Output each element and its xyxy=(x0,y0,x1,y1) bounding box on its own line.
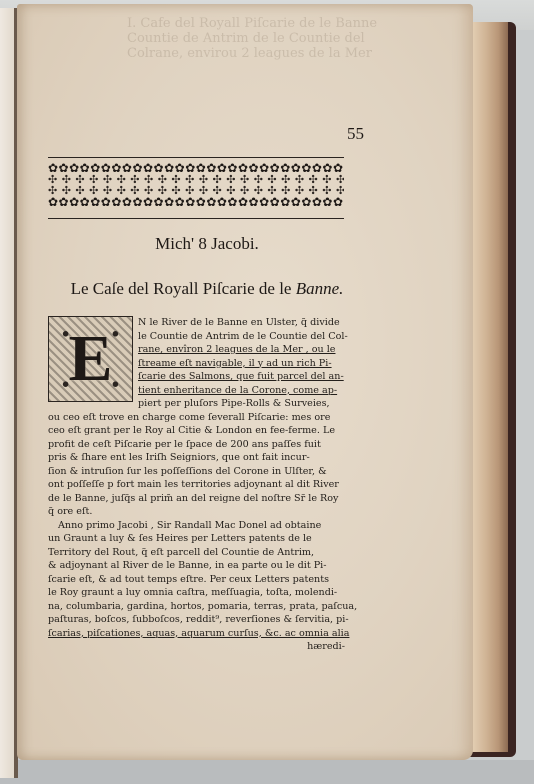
text-line: q̃ ore eſt. xyxy=(48,505,345,519)
show-through-line: Countie de Antrim de le Countie del xyxy=(127,31,377,46)
text-line: un Graunt a luy & ſes Heires per Letters… xyxy=(48,532,345,546)
book-page: I. Cafe del Royall Piſcarie de le Banne … xyxy=(17,4,473,760)
case-title-roman: Le Caſe del Royall Piſcarie de le xyxy=(71,279,296,298)
text-line: na, columbaria, gardina, hortos, pomaria… xyxy=(48,600,345,614)
show-through-line: I. Cafe del Royall Piſcarie de le Banne xyxy=(127,16,377,31)
text-line: ceo eſt grant per le Roy al Citie & Lond… xyxy=(48,424,345,438)
text-line: ſcarie eſt, & ad tout temps eſtre. Per c… xyxy=(48,573,345,587)
heading-date: Mich' 8 Jacobi. xyxy=(17,234,397,254)
ornament-row: ✿✿✿✿✿✿✿✿✿✿✿✿✿✿✿✿✿✿✿✿✿✿✿✿✿✿✿✿✿✿✿✿ xyxy=(48,162,344,174)
text-line: paſturas, boſcos, ſubboſcos, reddit⁹, re… xyxy=(48,613,345,627)
headpiece-ornament: ✿✿✿✿✿✿✿✿✿✿✿✿✿✿✿✿✿✿✿✿✿✿✿✿✿✿✿✿✿✿✿✿ ✣ ✣ ✣ ✣… xyxy=(48,157,344,219)
case-title: Le Caſe del Royall Piſcarie de le Banne. xyxy=(17,279,397,299)
show-through-line: Colrane, envirou 2 leagues de la Mer xyxy=(127,46,377,61)
page-number: 55 xyxy=(347,124,364,144)
text-line: ſcarias, piſcationes, aquas, aquarum cur… xyxy=(48,627,345,641)
text-line: ont poſſeſſe p fort main les territories… xyxy=(48,478,345,492)
background-bottom xyxy=(0,760,534,784)
ornament-row: ✣ ✣ ✣ ✣ ✣ ✣ ✣ ✣ ✣ ✣ ✣ ✣ ✣ ✣ ✣ ✣ ✣ ✣ ✣ ✣ … xyxy=(48,185,344,196)
ornament-row: ✣ ✣ ✣ ✣ ✣ ✣ ✣ ✣ ✣ ✣ ✣ ✣ ✣ ✣ ✣ ✣ ✣ ✣ ✣ ✣ … xyxy=(48,174,344,185)
facing-page-edge xyxy=(0,8,18,778)
body-text: E N le River de le Banne en Ulster, q̃ d… xyxy=(48,316,345,654)
text-line: ou ceo eſt trove en charge come ſeverall… xyxy=(48,411,345,425)
text-line: ſion & intruſion ſur les poſſeſſions del… xyxy=(48,465,345,479)
text-line: le Roy graunt a luy omnia caſtra, meſſua… xyxy=(48,586,345,600)
ornament-row: ✿✿✿✿✿✿✿✿✿✿✿✿✿✿✿✿✿✿✿✿✿✿✿✿✿✿✿✿✿✿✿✿ xyxy=(48,196,344,208)
text-line: pris & ſhare ent les Iriſh Seigniors, qu… xyxy=(48,451,345,465)
show-through-text: I. Cafe del Royall Piſcarie de le Banne … xyxy=(127,16,377,61)
text-line: profit de ceſt Piſcarie per le ſpace de … xyxy=(48,438,345,452)
case-title-italic: Banne. xyxy=(296,279,344,298)
text-line: Territory del Rout, q̃ eſt parcell del C… xyxy=(48,546,345,560)
text-line: & adjoynant al River de le Banne, in ea … xyxy=(48,559,345,573)
text-line: de le Banne, juſq̃s al prim̃ an del reig… xyxy=(48,492,345,506)
decorated-initial: E xyxy=(48,316,133,402)
text-line: Anno primo Jacobi , Sir Randall Mac Done… xyxy=(48,519,345,533)
catchword: hæredi- xyxy=(48,640,345,654)
